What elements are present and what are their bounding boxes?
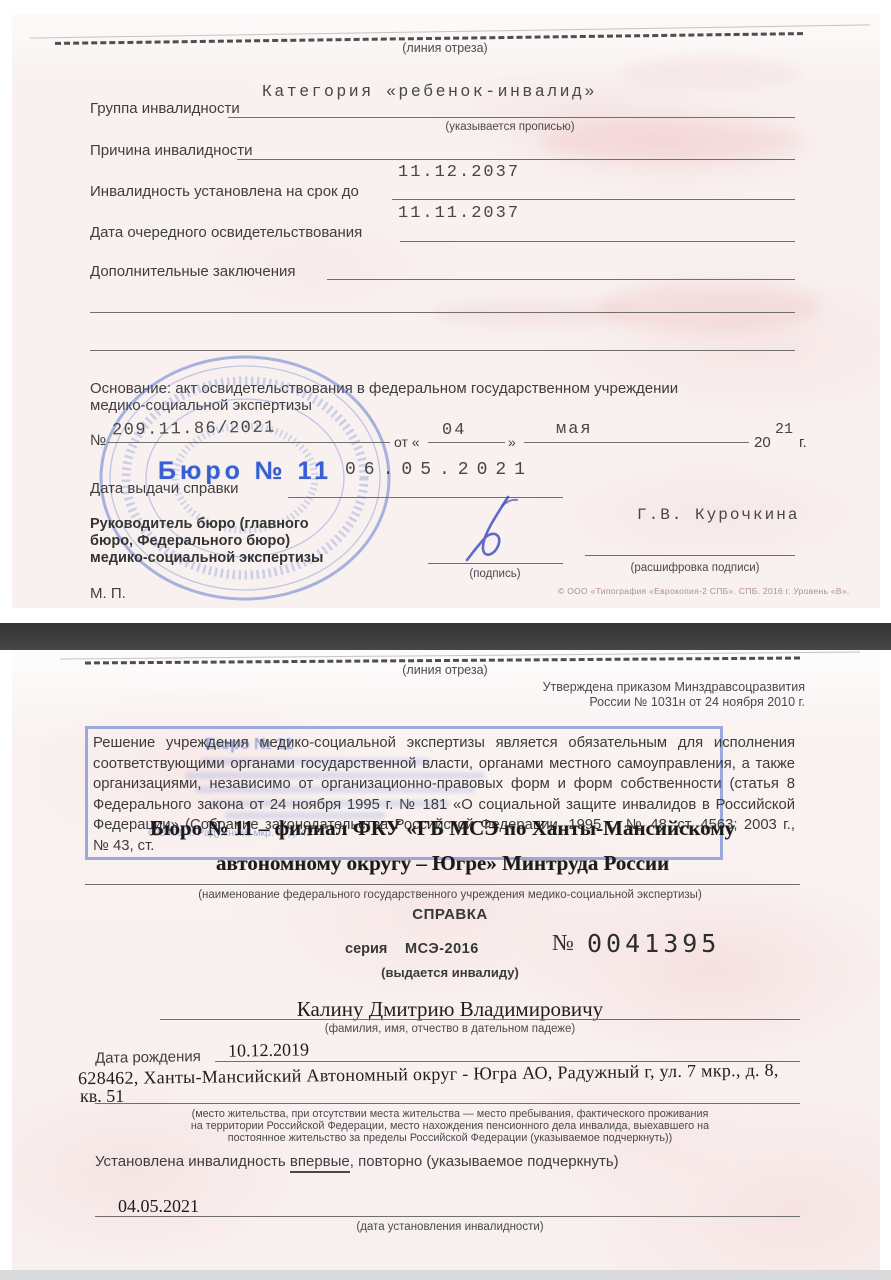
form-rule bbox=[90, 350, 795, 351]
decision-paragraph-line: соответствующими органами государственно… bbox=[93, 756, 795, 772]
established-date-value: 04.05.2021 bbox=[118, 1196, 199, 1217]
disability-cause-label: Причина инвалидности bbox=[90, 142, 253, 159]
bureau-head-label-line1: Руководитель бюро (главного bbox=[90, 516, 309, 532]
signature-decrypt-hint: (расшифровка подписи) bbox=[595, 562, 795, 574]
form-rule bbox=[108, 442, 390, 443]
recipient-name-hint: (фамилия, имя, отчество в дательном паде… bbox=[90, 1023, 810, 1035]
signature-hint: (подпись) bbox=[445, 568, 545, 580]
form-rule bbox=[428, 442, 505, 443]
next-examination-value: 11.11.2037 bbox=[398, 204, 520, 223]
form-rule bbox=[524, 442, 749, 443]
disability-term-label: Инвалидность установлена на срок до bbox=[90, 183, 359, 200]
bottom-scan-strip bbox=[0, 1270, 891, 1280]
established-first-time: впервые bbox=[290, 1153, 350, 1173]
issue-date-value: 06.05.2021 bbox=[345, 460, 533, 480]
signature-rule bbox=[428, 563, 563, 564]
certificate-number-value: 0041395 bbox=[587, 929, 720, 958]
act-year-prefix: 20 bbox=[754, 434, 771, 451]
certificate-title: СПРАВКА bbox=[90, 906, 810, 923]
issued-to-hint: (выдается инвалиду) bbox=[90, 965, 810, 980]
form-rule bbox=[160, 1019, 800, 1020]
issue-date-label: Дата выдачи справки bbox=[90, 480, 238, 497]
head-signature-name: Г.В. Курочкина bbox=[637, 506, 799, 524]
act-year-suffix: г. bbox=[799, 434, 807, 451]
form-rule bbox=[95, 1216, 800, 1217]
act-day-value: 04 bbox=[442, 421, 466, 440]
form-rule bbox=[95, 1103, 800, 1104]
stamp-place-label: М. П. bbox=[90, 585, 126, 602]
form-rule bbox=[90, 312, 795, 313]
form-rule bbox=[228, 117, 795, 118]
group-spelled-hint: (указывается прописью) bbox=[430, 121, 590, 133]
disability-category-value: Категория «ребенок-инвалид» bbox=[262, 82, 597, 101]
bureau-head-label-line2: бюро, Федерального бюро) bbox=[90, 533, 290, 549]
additional-conclusions-label: Дополнительные заключения bbox=[90, 263, 295, 280]
cut-line-label-2: (линия отреза) bbox=[385, 663, 505, 677]
scanned-certificate-page: (линия отреза) Категория «ребенок-инвали… bbox=[0, 0, 891, 1280]
decision-paragraph-line: Решение учреждения медико-социальной экс… bbox=[93, 735, 795, 751]
approved-by-line1: Утверждена приказом Минздравсоцразвития bbox=[500, 680, 805, 694]
act-number-value: 209.11.86/2021 bbox=[112, 419, 276, 441]
act-month-value: мая bbox=[556, 420, 593, 439]
disability-group-label: Группа инвалидности bbox=[90, 100, 240, 117]
next-examination-label: Дата очередного освидетельствования bbox=[90, 224, 362, 241]
established-date-hint: (дата установления инвалидности) bbox=[90, 1221, 810, 1233]
handwritten-signature bbox=[462, 494, 520, 566]
institution-name-line2: автономному округу – Югре» Минтруда Росс… bbox=[85, 851, 800, 876]
signature-name-rule bbox=[585, 555, 795, 556]
act-number-prefix: № bbox=[90, 432, 106, 449]
series-value: МСЭ-2016 bbox=[405, 941, 479, 957]
address-hint-line: (место жительства, при отсутствии места … bbox=[90, 1108, 810, 1120]
act-date-from-label: от « bbox=[394, 434, 420, 450]
certificate-number-sign: № bbox=[552, 930, 574, 956]
disability-term-value: 11.12.2037 bbox=[398, 163, 520, 182]
established-disability-row: Установлена инвалидность впервые, повтор… bbox=[95, 1153, 619, 1170]
birth-date-label: Дата рождения bbox=[95, 1048, 201, 1067]
bureau-head-label-line3: медико-социальной экспертизы bbox=[90, 550, 323, 566]
form-rule bbox=[288, 497, 563, 498]
act-year-value: 21 bbox=[775, 421, 793, 438]
address-hint-line: постоянное жительство за пределы Российс… bbox=[90, 1132, 810, 1144]
approved-by-line2: России № 1031н от 24 ноября 2010 г. bbox=[500, 695, 805, 709]
address-hint-line: на территории Российской Федерации, мест… bbox=[90, 1120, 810, 1132]
decision-paragraph-line: Федерального закона от 24 ноября 1995 г.… bbox=[93, 797, 795, 813]
form-rule bbox=[237, 159, 795, 160]
form-rule bbox=[392, 199, 795, 200]
institution-name-hint: (наименование федерального государственн… bbox=[90, 889, 810, 901]
print-shop-credit: © ООО «Типография «Еврокопия-2 СПБ». СПБ… bbox=[558, 586, 850, 596]
form-rule bbox=[327, 279, 795, 280]
form-rule bbox=[85, 884, 800, 885]
act-date-quote-close: » bbox=[508, 434, 516, 450]
established-prefix: Установлена инвалидность bbox=[95, 1153, 286, 1170]
decision-paragraph-line: организациями, независимо от организацио… bbox=[93, 776, 795, 792]
cut-line-label-1: (линия отреза) bbox=[385, 41, 505, 55]
established-rest: , повторно (указываемое подчеркнуть) bbox=[350, 1153, 619, 1170]
form-rule bbox=[400, 241, 795, 242]
birth-date-value: 10.12.2019 bbox=[228, 1039, 309, 1061]
institution-name-line1: Бюро № 11 – филиал ФКУ «ГБ МСЭ по Ханты-… bbox=[85, 816, 800, 841]
scan-separator-band bbox=[0, 623, 891, 650]
series-label: серия bbox=[345, 941, 387, 957]
